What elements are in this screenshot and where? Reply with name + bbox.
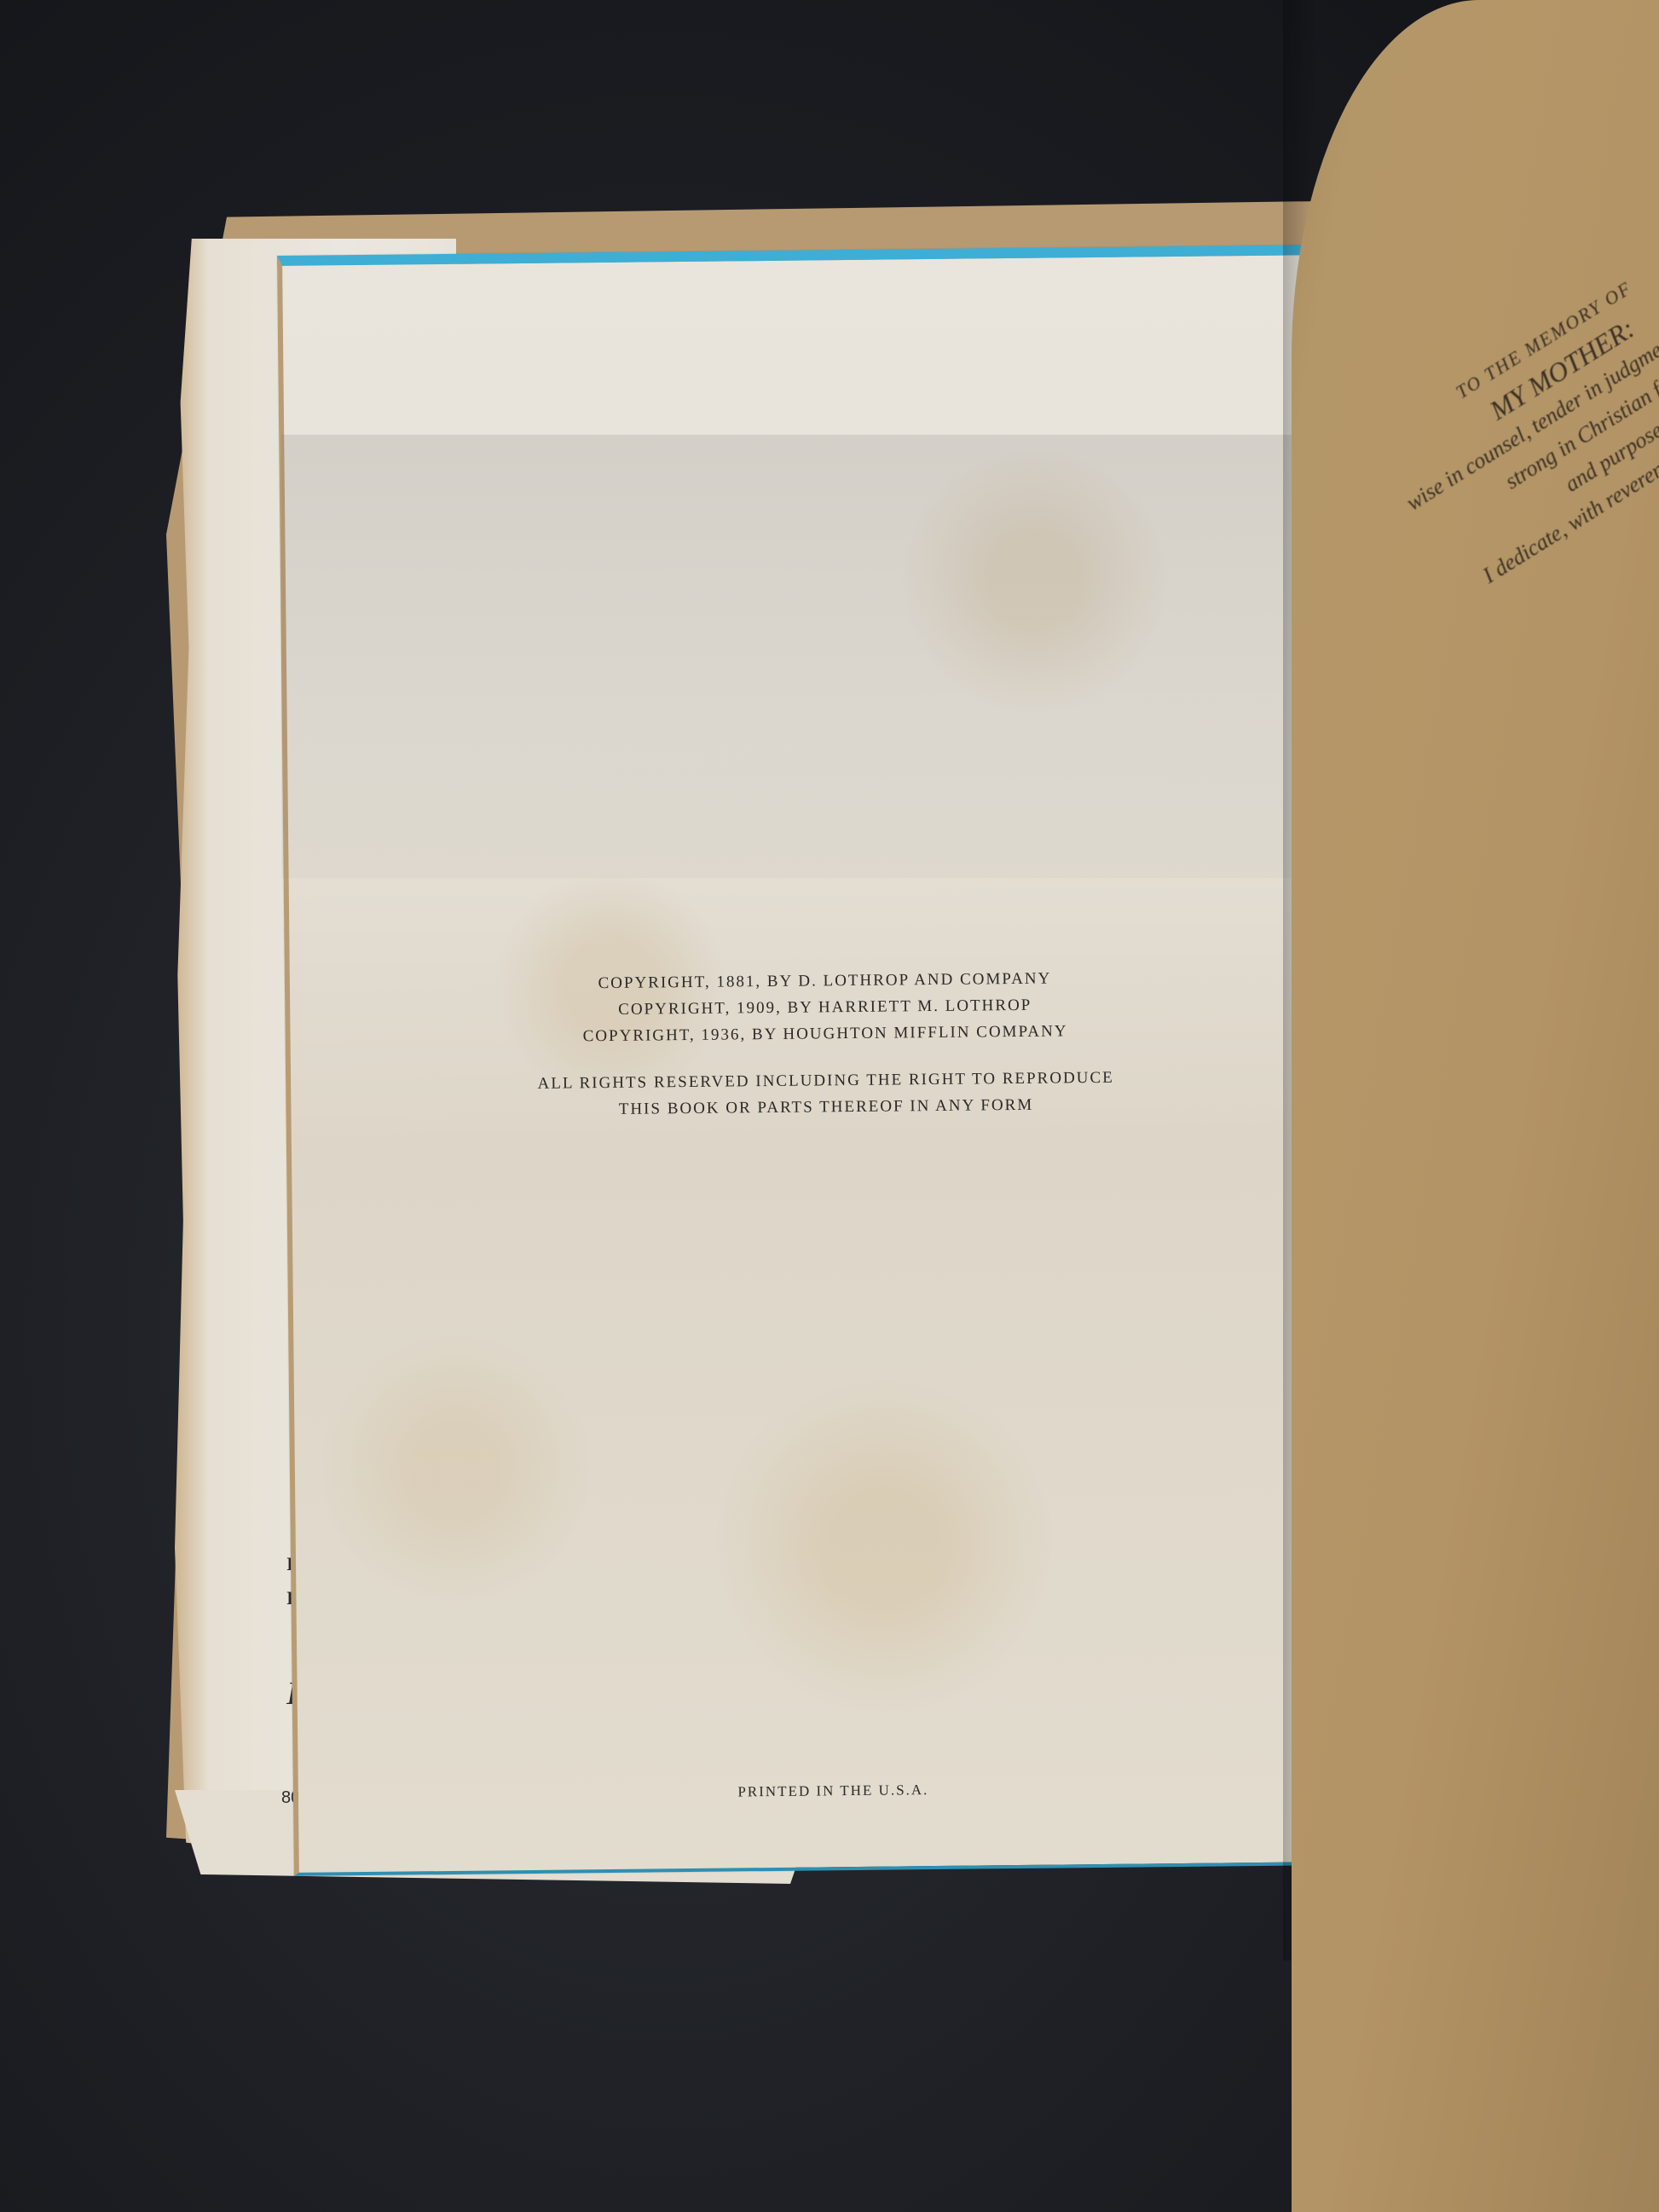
copyright-notices: COPYRIGHT, 1881, BY D. LOTHROP AND COMPA…	[290, 962, 1361, 1126]
imprint: PRINTED IN THE U.S.A.	[298, 1772, 1368, 1810]
printed-in-usa: PRINTED IN THE U.S.A.	[298, 1772, 1368, 1810]
copyright-page: COPYRIGHT, 1881, BY D. LOTHROP AND COMPA…	[277, 245, 1369, 1876]
